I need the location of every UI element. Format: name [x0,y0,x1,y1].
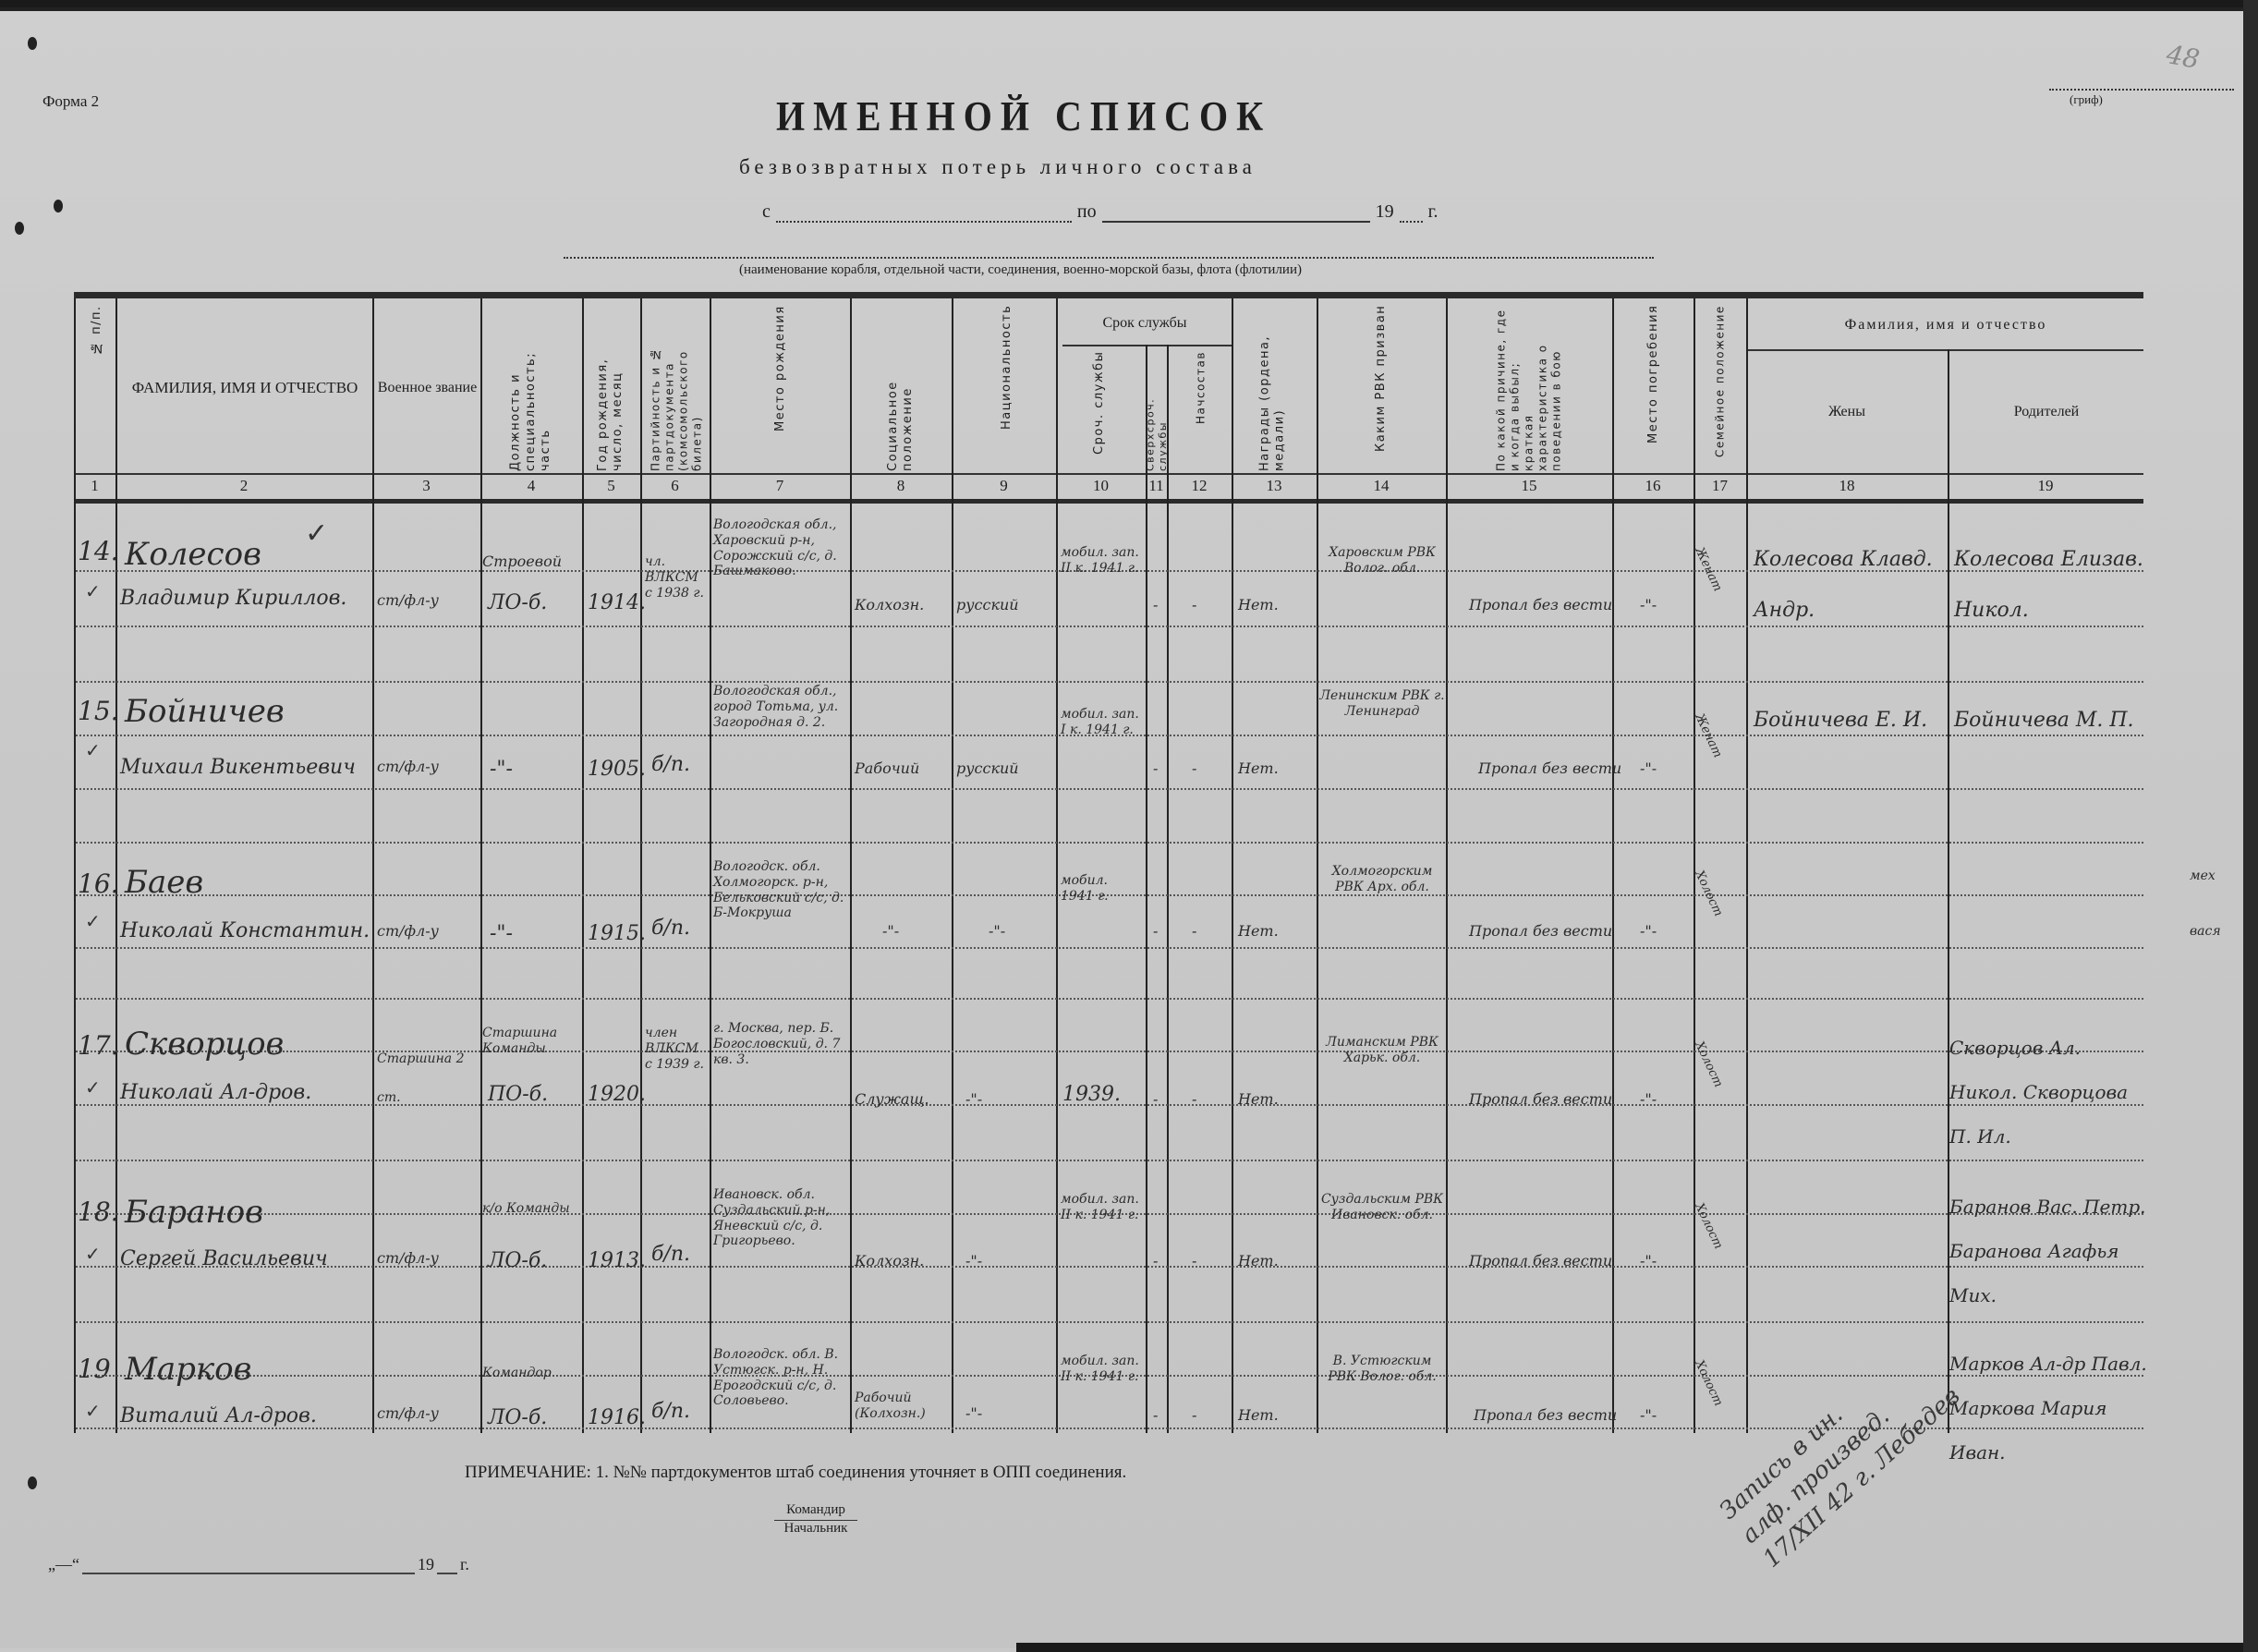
reason: Пропал без вести [1469,596,1612,614]
commander-label: Командир [774,1502,857,1521]
reason: Пропал без вести [1478,759,1621,778]
document-subtitle: безвозвратных потерь личного состава [739,155,1256,179]
awards: Нет. [1238,1252,1279,1270]
birth-year: 1916. [588,1406,646,1429]
check-mark: ✓ [85,739,101,761]
burial: -"- [1640,759,1657,778]
document-title: ИМЕННОЙ СПИСОК [776,91,1441,140]
position-unit: ЛО-б. [488,591,547,614]
col-number: 10 [1056,477,1146,499]
grif-line [2049,89,2234,91]
rvk: Ленинским РВК г. Ленинград [1319,688,1445,720]
row-number: 19 [78,1354,111,1384]
relatives-rule [1746,349,2143,351]
surname: Колесов [125,536,261,573]
row-guide [76,1321,2143,1323]
check-mark: ✓ [85,1243,101,1265]
rank: ст/фл-у [377,1249,439,1268]
extended-service: - [1153,1406,1158,1425]
wife-name: Колесова Клавд. Андр. [1754,534,1943,636]
surname: Бойничев [125,693,285,730]
page-number: 48 [2164,39,2202,75]
nationality: -"- [965,1404,982,1423]
col-line [1693,298,1695,1433]
col-line [1167,345,1169,1433]
birthplace: Ивановск. обл. Суздальский р-н, Яневский… [713,1187,850,1249]
burial: -"- [1640,1090,1657,1109]
date-year-field [437,1563,457,1574]
col-number: 5 [582,477,640,499]
row-guide [76,1160,2143,1161]
rvk: Харовским РВК Волог. обл. [1319,545,1445,577]
period-from-label: с [762,201,771,223]
row-number: 18. [78,1196,119,1227]
margin-note: мех [2190,869,2216,884]
birthplace: Вологодская обл., Харовский р-н, Сорожск… [713,517,850,579]
col-number: 18 [1746,477,1948,499]
social-status: Колхозн. [855,1252,924,1270]
row-number: 14. [78,536,119,566]
position-unit: ПО-б. [488,1083,548,1106]
rvk: В. Устюгским РВК Волог. обл. [1319,1354,1445,1385]
header-fullname: ФАМИЛИЯ, ИМЯ И ОТЧЕСТВО [117,305,372,471]
awards: Нет. [1238,1406,1279,1425]
extended-service: - [1153,1252,1158,1270]
period-year-prefix: 19 [1376,201,1394,223]
col-line [952,298,953,1433]
officer: - [1192,759,1196,778]
social-status: Рабочий [855,759,919,778]
col-number: 8 [850,477,952,499]
nationality: русский [956,759,1019,778]
header-officer: Начсостав [1192,351,1210,471]
paper-bottom-edge [1016,1643,2258,1652]
officer: - [1192,922,1196,941]
period-to-field [1102,210,1370,223]
header-wife: Жены [1748,353,1946,471]
parents-name: Марков Ал-др Павл. Маркова Мария Иван. [1949,1342,2162,1475]
header-service-term: Срок службы [1058,305,1232,342]
rvk: Холмогорским РВК Арх. обл. [1319,864,1445,895]
party: б/п. [651,753,690,776]
rank: Старшина 2 ст. [377,1039,479,1117]
col-number: 7 [710,477,850,499]
header-number-rule [74,473,2143,475]
row-number: 17. [78,1030,119,1061]
nationality: -"- [965,1252,982,1270]
surname: Скворцов [125,1026,284,1063]
col-line [710,298,711,1433]
col-number: 2 [115,477,372,499]
unit-name-line [564,257,1654,259]
rvk: Лиманским РВК Харьк. обл. [1319,1035,1445,1066]
paper-right-edge [2243,0,2258,1652]
extended-service: - [1153,922,1158,941]
period-year-suffix: г. [1428,201,1439,223]
punch-hole [28,37,37,50]
rank: ст/фл-у [377,1404,439,1423]
service-term: мобил. зап. I к. 1941 г. [1061,707,1144,738]
check-mark: ✓ [85,1400,101,1422]
position: Командор [482,1366,552,1381]
awards: Нет. [1238,922,1279,941]
extended-service: - [1153,759,1158,778]
given-names: Виталий Ал-дров. [120,1404,317,1427]
service-term-rule [1062,345,1233,346]
header-family: Семейное положение [1698,305,1742,471]
col-number: 1 [74,477,115,499]
given-names: Николай Константин. [120,919,370,942]
col-line [1146,345,1147,1433]
col-number: 3 [372,477,480,499]
birth-year: 1920. [588,1083,646,1106]
header-regular-service: Сроч. службы [1086,351,1113,471]
party: б/п. [651,917,690,940]
reason: Пропал без вести [1469,1252,1612,1270]
row-number: 15. [78,696,119,726]
punch-hole [15,222,24,235]
extended-service: - [1153,1090,1158,1109]
col-number: 19 [1948,477,2143,499]
row-number: 16. [78,869,119,899]
col-number: 17 [1693,477,1746,499]
grif-caption: (гриф) [2070,92,2103,107]
date-year-prefix: 19 [418,1555,434,1574]
row-guide [76,681,2143,683]
service-term: мобил. 1941 г. [1061,873,1144,905]
date-month-field [82,1563,415,1574]
position: к/о Команды [482,1201,570,1217]
given-names: Николай Ал-дров. [120,1081,311,1104]
header-rvk: Каким РВК призван [1367,305,1395,471]
service-term: мобил. зап. II к. 1941 г. [1061,545,1144,577]
wife-name: Бойничева Е. И. [1754,695,1943,746]
period-line: с по 19 г. [762,201,1439,223]
col-number: 13 [1232,477,1317,499]
period-from-field [776,210,1072,223]
party: член ВЛКСМ с 1939 г. [645,1026,710,1072]
service-term: 1939. [1062,1083,1121,1106]
social-status: Служащ. [855,1090,929,1109]
social-status: -"- [882,922,899,941]
birth-year: 1915. [588,922,646,945]
col-number: 9 [952,477,1056,499]
party: б/п. [651,1243,690,1266]
row-guide [76,788,2143,790]
check-mark: ✓ [85,910,101,932]
service-term: мобил. зап. II к. 1941 г. [1061,1354,1144,1385]
officer: - [1192,1406,1196,1425]
reason: Пропал без вести [1474,1406,1617,1425]
given-names: Сергей Васильевич [120,1247,328,1270]
header-burial: Место погребения [1640,305,1668,471]
header-parents: Родителей [1949,353,2143,471]
rank: ст/фл-у [377,758,439,776]
col-line [582,298,584,1433]
rank: ст/фл-у [377,922,439,941]
awards: Нет. [1238,596,1279,614]
burial: -"- [1640,1406,1657,1425]
parents-name: Бойничева М. П. [1954,695,2143,746]
nationality: -"- [965,1090,982,1109]
burial: -"- [1640,922,1657,941]
signature-block: Командир Начальник [774,1502,857,1537]
birth-year: 1905. [588,758,646,781]
margin-note: вася [2190,924,2221,940]
check-mark: ✓ [85,580,101,602]
row-guide [76,947,2143,949]
surname: Марков [125,1351,251,1388]
col-number: 15 [1446,477,1612,499]
burial: -"- [1640,596,1657,614]
table-top-rule [74,292,2143,298]
form-label: Форма 2 [42,92,99,111]
chief-label: Начальник [774,1521,857,1537]
nationality: русский [956,596,1019,614]
parents-name: Баранов Вас. Петр. Баранова Агафья Мих. [1949,1184,2157,1318]
parents-name: Колесова Елизав. Никол. [1954,534,2143,636]
position-unit: ЛО-б. [488,1406,547,1429]
period-year-field [1400,210,1423,223]
col-number: 11 [1146,477,1167,499]
col-number: 6 [640,477,710,499]
reason: Пропал без вести [1469,922,1612,941]
date-day-quote: „—“ [48,1555,79,1574]
row-guide [76,998,2143,1000]
header-relatives: Фамилия, имя и отчество [1748,305,2143,346]
row-guide [76,842,2143,844]
surname: Баев [125,864,203,901]
header-birthplace: Место рождения [767,305,795,471]
header-bottom-rule [74,499,2143,504]
check-mark: ✓ [85,1076,101,1099]
awards: Нет. [1238,759,1279,778]
birthplace: Вологодск. обл. В. Устюгск. р-н, Н. Ерог… [713,1347,850,1409]
col-line [74,298,76,1433]
col-line [1317,298,1318,1433]
header-reason: По какой причине, где и когда выбыл; кра… [1474,305,1584,471]
unit-name-caption: (наименование корабля, отдельной части, … [739,262,1302,278]
birthplace: Вологодск. обл. Холмогорск. р-н, Бельков… [713,859,850,921]
check-mark: ✓ [305,517,328,550]
burial: -"- [1640,1252,1657,1270]
surname: Баранов [125,1194,263,1231]
col-line [1232,298,1233,1433]
rank: ст/фл-у [377,591,439,610]
birthplace: г. Москва, пер. Б. Богословский, д. 7 кв… [713,1021,850,1067]
footnote: ПРИМЕЧАНИЕ: 1. №№ партдокументов штаб со… [465,1463,1126,1483]
col-number: 14 [1317,477,1446,499]
given-names: Владимир Кириллов. [120,587,346,610]
party: б/п. [651,1400,690,1423]
position: Строевой [482,553,562,571]
col-number: 4 [480,477,582,499]
awards: Нет. [1238,1090,1279,1109]
header-nationality: Национальность [993,305,1021,471]
birth-year: 1914. [588,591,646,614]
col-line [1612,298,1614,1433]
position-unit: ЛО-б. [488,1249,547,1272]
birthplace: Вологодская обл., город Тотьма, ул. Заго… [713,684,850,730]
given-names: Михаил Викентьевич [120,756,356,779]
header-position: Должность и специальность; часть [499,305,564,471]
officer: - [1192,1090,1196,1109]
col-line [1056,298,1058,1433]
period-to-label: по [1077,201,1097,223]
header-social: Социальное положение [878,305,924,471]
col-number: 12 [1167,477,1232,499]
reason: Пропал без вести [1469,1090,1612,1109]
nationality: -"- [989,922,1005,941]
header-no: № п/п. [83,305,111,471]
header-extended-service: Сверхсроч. службы [1147,351,1166,471]
punch-hole [54,200,63,213]
social-status: Колхозн. [855,596,924,614]
punch-hole [28,1476,37,1489]
header-birth-year: Год рождения, число, месяц [588,305,634,471]
footer-date-line: „—“ 19 г. [48,1555,469,1574]
birth-year: 1913. [588,1249,646,1272]
parents-name: Скворцов Ал. Никол. Скворцова П. Ил. [1949,1026,2148,1159]
officer: - [1192,1252,1196,1270]
service-term: мобил. зап. II к. 1941 г. [1061,1192,1144,1223]
header-rank: Военное звание [374,305,480,471]
col-line [1446,298,1448,1433]
position: Старшина Команды [482,1026,582,1057]
date-year-suffix: г. [460,1555,469,1574]
social-status: Рабочий (Колхозн.) [855,1391,947,1422]
extended-service: - [1153,596,1158,614]
col-line [850,298,852,1433]
header-awards: Награды (ордена, медали) [1247,305,1298,471]
col-number: 16 [1612,477,1693,499]
header-party: Партийность и № партдокумента (комсомоль… [647,305,707,471]
rvk: Суздальским РВК Ивановск. обл. [1319,1192,1445,1223]
position: -"- [490,758,513,781]
col-line [480,298,482,1433]
position: -"- [490,922,513,945]
party: чл. ВЛКСМ с 1938 г. [645,554,708,601]
officer: - [1192,596,1196,614]
